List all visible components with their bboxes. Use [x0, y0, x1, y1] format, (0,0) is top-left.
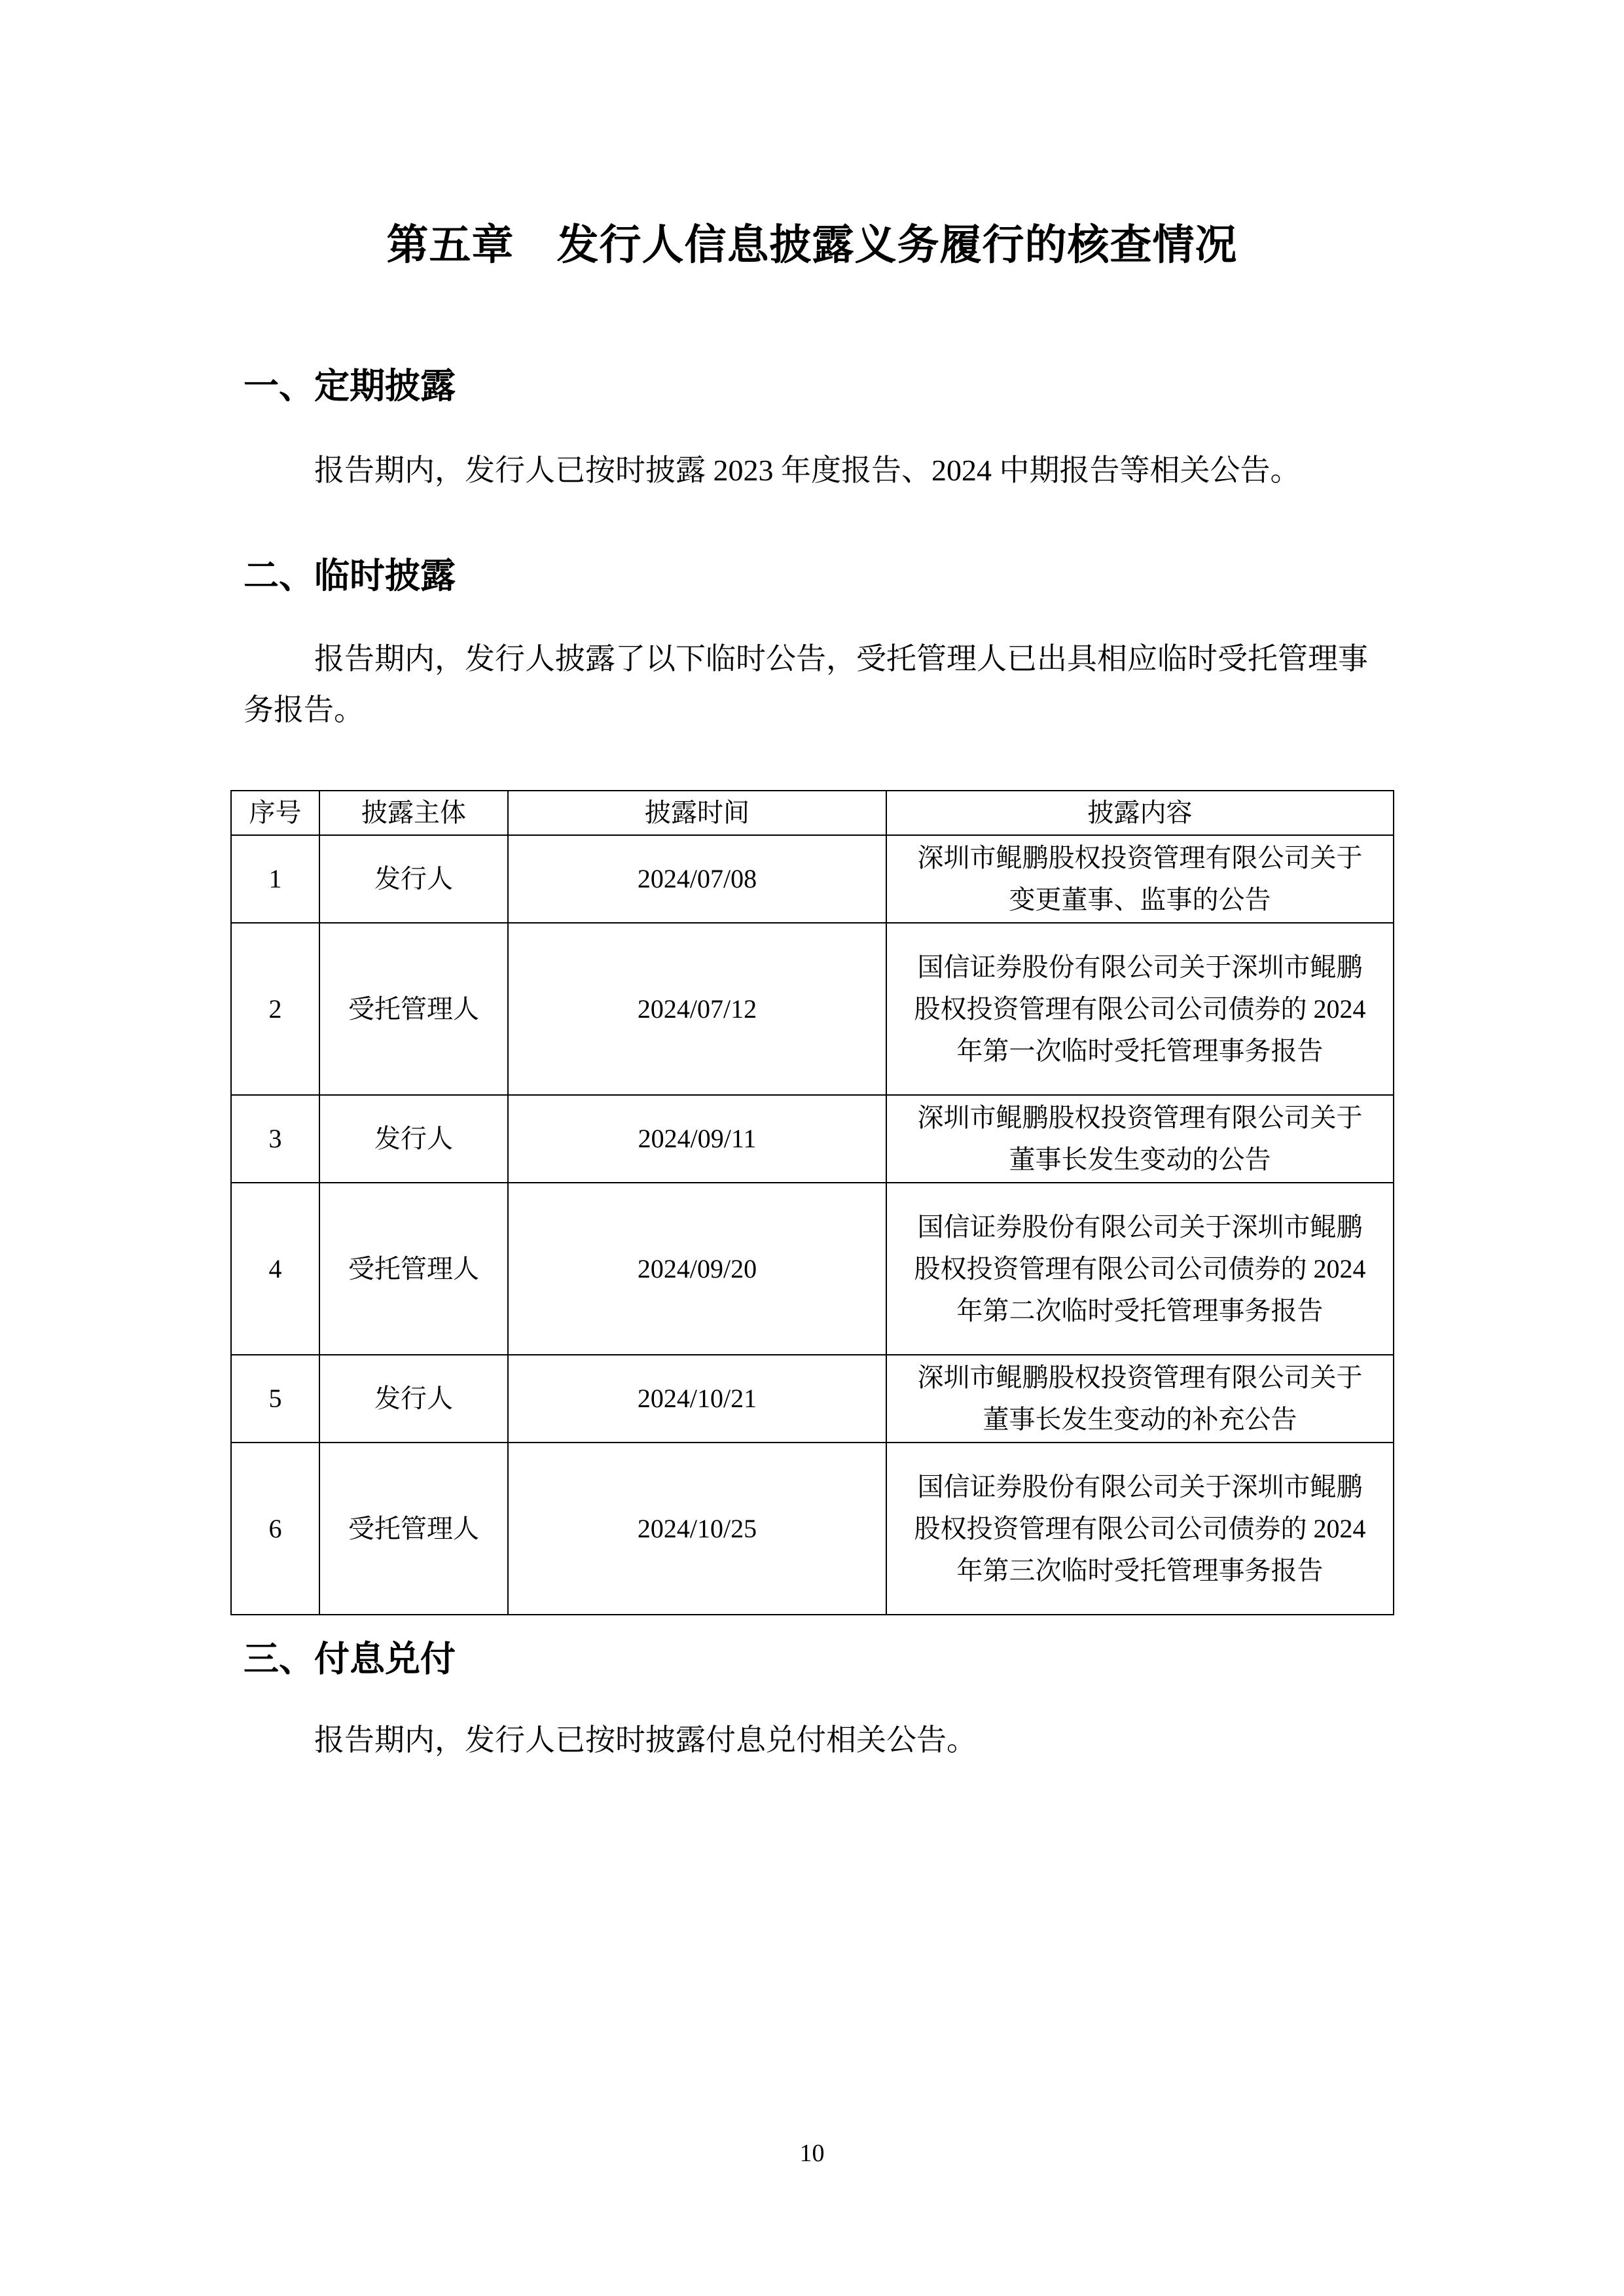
chapter-title: 第五章 发行人信息披露义务履行的核查情况	[0, 216, 1624, 275]
cell-no: 1	[231, 835, 319, 923]
section-text-interim: 报告期内，发行人披露了以下临时公告，受托管理人已出具相应临时受托管理事务报告。	[244, 634, 1396, 736]
cell-content: 深圳市鲲鹏股权投资管理有限公司关于变更董事、监事的公告	[886, 835, 1394, 923]
cell-subject: 发行人	[319, 1095, 508, 1183]
cell-content: 国信证券股份有限公司关于深圳市鲲鹏股权投资管理有限公司公司债券的 2024 年第…	[886, 923, 1394, 1095]
cell-no: 3	[231, 1095, 319, 1183]
cell-date: 2024/10/21	[508, 1355, 886, 1443]
header-subject: 披露主体	[319, 791, 508, 835]
cell-date: 2024/09/11	[508, 1095, 886, 1183]
cell-subject: 受托管理人	[319, 1443, 508, 1615]
disclosure-table: 序号 披露主体 披露时间 披露内容 1 发行人 2024/07/08 深圳市鲲鹏…	[230, 790, 1394, 1615]
cell-subject: 发行人	[319, 1355, 508, 1443]
cell-no: 4	[231, 1183, 319, 1355]
cell-content: 国信证券股份有限公司关于深圳市鲲鹏股权投资管理有限公司公司债券的 2024 年第…	[886, 1183, 1394, 1355]
section-heading-payment: 三、付息兑付	[244, 1636, 456, 1682]
header-date: 披露时间	[508, 791, 886, 835]
table-row: 6 受托管理人 2024/10/25 国信证券股份有限公司关于深圳市鲲鹏股权投资…	[231, 1443, 1394, 1615]
page-number: 10	[0, 2139, 1624, 2168]
section-heading-periodic: 一、定期披露	[244, 363, 456, 409]
cell-subject: 受托管理人	[319, 923, 508, 1095]
cell-no: 5	[231, 1355, 319, 1443]
cell-date: 2024/07/08	[508, 835, 886, 923]
table-row: 4 受托管理人 2024/09/20 国信证券股份有限公司关于深圳市鲲鹏股权投资…	[231, 1183, 1394, 1355]
section-heading-interim: 二、临时披露	[244, 553, 456, 599]
table-row: 2 受托管理人 2024/07/12 国信证券股份有限公司关于深圳市鲲鹏股权投资…	[231, 923, 1394, 1095]
table-row: 1 发行人 2024/07/08 深圳市鲲鹏股权投资管理有限公司关于变更董事、监…	[231, 835, 1394, 923]
header-content: 披露内容	[886, 791, 1394, 835]
table-row: 3 发行人 2024/09/11 深圳市鲲鹏股权投资管理有限公司关于董事长发生变…	[231, 1095, 1394, 1183]
header-no: 序号	[231, 791, 319, 835]
section-text-payment: 报告期内，发行人已按时披露付息兑付相关公告。	[244, 1715, 1396, 1766]
table-row: 5 发行人 2024/10/21 深圳市鲲鹏股权投资管理有限公司关于董事长发生变…	[231, 1355, 1394, 1443]
cell-subject: 发行人	[319, 835, 508, 923]
cell-date: 2024/07/12	[508, 923, 886, 1095]
cell-no: 6	[231, 1443, 319, 1615]
cell-no: 2	[231, 923, 319, 1095]
cell-content: 深圳市鲲鹏股权投资管理有限公司关于董事长发生变动的补充公告	[886, 1355, 1394, 1443]
cell-content: 国信证券股份有限公司关于深圳市鲲鹏股权投资管理有限公司公司债券的 2024 年第…	[886, 1443, 1394, 1615]
section-text-periodic: 报告期内，发行人已按时披露 2023 年度报告、2024 中期报告等相关公告。	[244, 445, 1396, 496]
cell-date: 2024/09/20	[508, 1183, 886, 1355]
cell-date: 2024/10/25	[508, 1443, 886, 1615]
cell-content: 深圳市鲲鹏股权投资管理有限公司关于董事长发生变动的公告	[886, 1095, 1394, 1183]
table-header-row: 序号 披露主体 披露时间 披露内容	[231, 791, 1394, 835]
cell-subject: 受托管理人	[319, 1183, 508, 1355]
